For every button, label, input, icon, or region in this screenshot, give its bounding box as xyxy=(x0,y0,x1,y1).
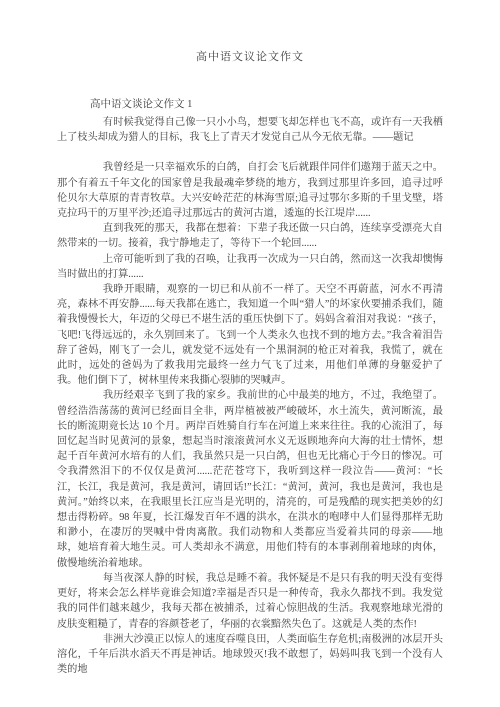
paragraph: 我历经艰辛飞到了我的家乡。我前世的心中最美的地方，不过，我绝望了。曾经浩浩荡荡的… xyxy=(57,388,443,570)
document-page: 高中语文议论文作文 高中语文谈论文作文 1 有时候我觉得自己像一只小小鸟，想要飞… xyxy=(0,0,500,707)
paragraph: 每当夜深人静的时候，我总是睡不着。我怀疑是不是只有我的明天没有变得更好，将来会怎… xyxy=(57,571,443,632)
essay-body: 有时候我觉得自己像一只小小鸟，想要飞却怎样也飞不高，或许有一天我栖上了枝头却成为… xyxy=(57,115,443,677)
paragraph: 有时候我觉得自己像一只小小鸟，想要飞却怎样也飞不高，或许有一天我栖上了枝头却成为… xyxy=(57,115,443,145)
document-title: 高中语文议论文作文 xyxy=(57,50,443,64)
paragraph: 直到我死的那天，我都在想着：下辈子我还做一只白鸽，连续享受漂亮大自然带来的一切。… xyxy=(57,221,443,251)
paragraph: 非洲大沙漠正以惊人的速度吞噬良田，人类面临生存危机;南极洲的冰层开头溶化，千年后… xyxy=(57,632,443,678)
paragraph: 我曾经是一只幸福欢乐的白鸽，自打会飞后就跟伴同伴们遨翔于蓝天之中。那个有着五千年… xyxy=(57,160,443,221)
section-heading: 高中语文谈论文作文 1 xyxy=(90,98,443,112)
paragraph: 上帝可能听到了我的召唤，让我再一次成为一只白鸽，然而这一次我却懊悔当时做出的打算… xyxy=(57,252,443,282)
paragraph: 我睁开眼睛，观察的一切已和从前不一样了。天空不再蔚蓝，河水不再清亮，森林不再安静… xyxy=(57,282,443,388)
